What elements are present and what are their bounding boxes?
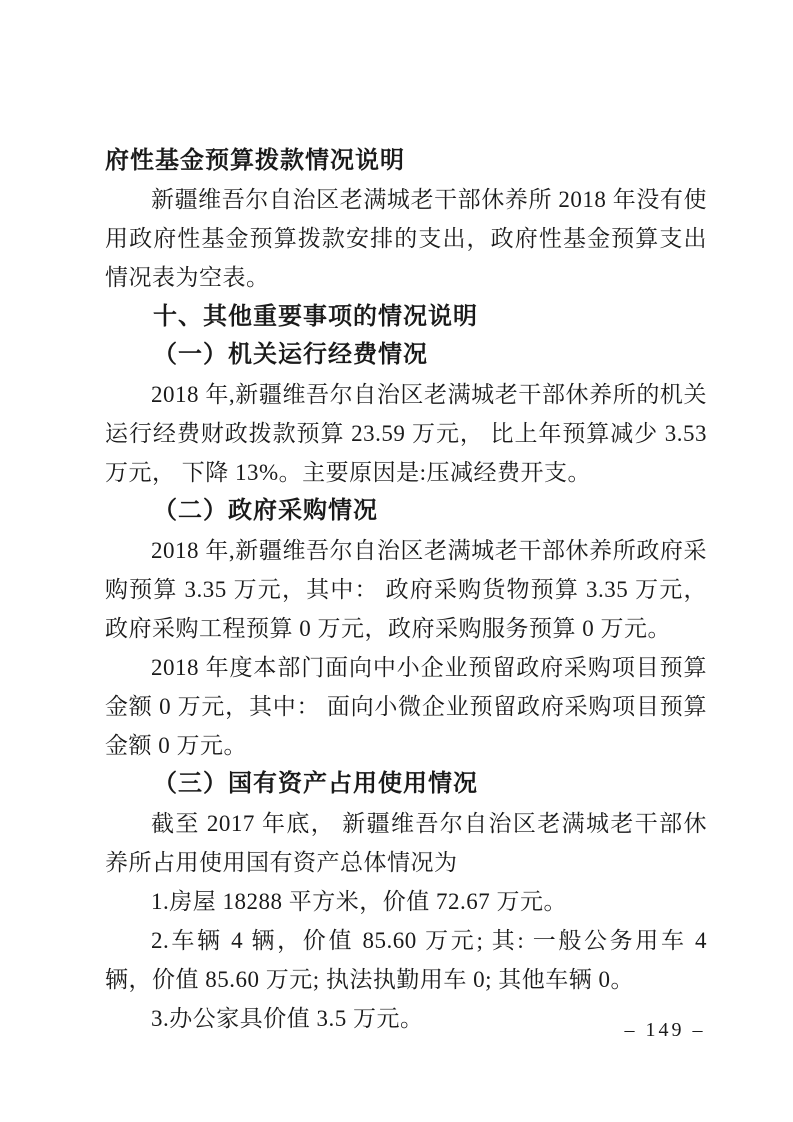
- para-gov-procurement-budget: 2018 年,新疆维吾尔自治区老满城老干部休养所政府采购预算 3.35 万元，其…: [105, 531, 707, 648]
- page-number: – 149 –: [615, 1018, 715, 1042]
- heading-sub-1-agency-operating-cost: （一）机关运行经费情况: [105, 336, 707, 375]
- para-gov-fund-no-expenditure: 新疆维吾尔自治区老满城老干部休养所 2018 年没有使用政府性基金预算拨款安排的…: [105, 180, 707, 297]
- heading-sub-2-gov-procurement: （二）政府采购情况: [105, 492, 707, 531]
- heading-gov-fund-budget-continuation: 府性基金预算拨款情况说明: [105, 141, 707, 180]
- para-agency-operating-cost: 2018 年,新疆维吾尔自治区老满城老干部休养所的机关运行经费财政拨款预算 23…: [105, 375, 707, 492]
- para-sme-reserved-procurement: 2018 年度本部门面向中小企业预留政府采购项目预算金额 0 万元，其中： 面向…: [105, 648, 707, 765]
- heading-sub-3-state-assets: （三）国有资产占用使用情况: [105, 765, 707, 804]
- heading-section-ten-other-items: 十、其他重要事项的情况说明: [105, 297, 707, 336]
- list-item-housing: 1.房屋 18288 平方米，价值 72.67 万元。: [105, 882, 707, 921]
- list-item-vehicles: 2.车辆 4 辆，价值 85.60 万元; 其: 一般公务用车 4 辆，价值 8…: [105, 921, 707, 999]
- document-page: 府性基金预算拨款情况说明 新疆维吾尔自治区老满城老干部休养所 2018 年没有使…: [0, 0, 793, 1122]
- para-state-assets-intro: 截至 2017 年底， 新疆维吾尔自治区老满城老干部休养所占用使用国有资产总体情…: [105, 804, 707, 882]
- document-body: 府性基金预算拨款情况说明 新疆维吾尔自治区老满城老干部休养所 2018 年没有使…: [105, 141, 707, 1038]
